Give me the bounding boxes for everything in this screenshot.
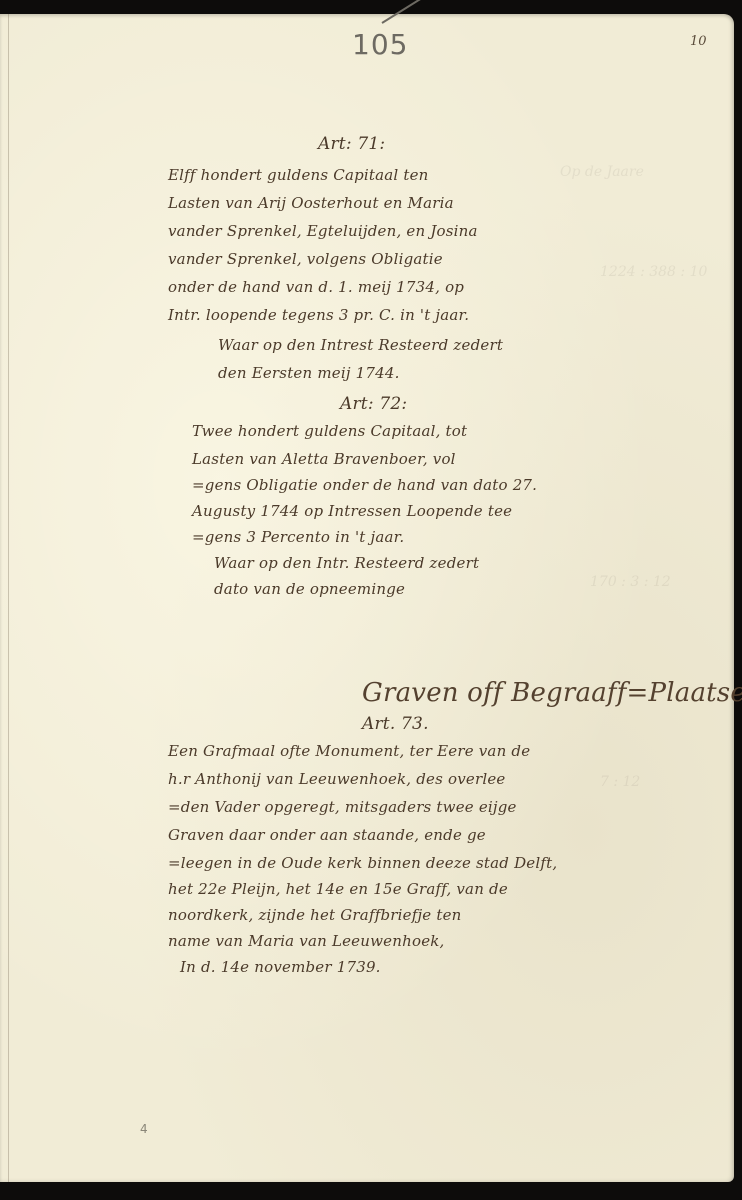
section-title: Graven off Begraaff=Plaatsen: [362, 678, 742, 708]
section-line: In d. 14e november 1739.: [180, 958, 381, 976]
entry-line: =gens 3 Percento in 't jaar.: [192, 528, 404, 546]
entry-line: =gens Obligatie onder de hand van dato 2…: [192, 476, 537, 494]
entry-line: Intr. loopende tegens 3 pr. C. in 't jaa…: [168, 306, 469, 324]
section-line: het 22e Pleijn, het 14e en 15e Graff, va…: [168, 880, 508, 898]
bleed-through: 1224 : 388 : 10: [600, 264, 707, 280]
section-line: noordkerk, zijnde het Graffbriefje ten: [168, 906, 462, 924]
entry-line: Lasten van Arij Oosterhout en Maria: [168, 194, 454, 212]
section-heading: Art. 73.: [362, 714, 429, 734]
entry-line: vander Sprenkel, Egteluijden, en Josina: [168, 222, 478, 240]
entry-line: Twee hondert guldens Capitaal, tot: [192, 422, 467, 440]
section-line: =leegen in de Oude kerk binnen deeze sta…: [168, 854, 557, 872]
bleed-through: 7 : 12: [600, 774, 640, 790]
pencil-stroke: [381, 0, 423, 24]
entry-line: vander Sprenkel, volgens Obligatie: [168, 250, 443, 268]
entry-line: Elff hondert guldens Capitaal ten: [168, 166, 429, 184]
pencil-mark: 4: [140, 1122, 148, 1136]
section-line: Graven daar onder aan staande, ende ge: [168, 826, 486, 844]
manuscript-page: Op de Jaare 1224 : 388 : 10 170 : 3 : 12…: [0, 14, 734, 1182]
section-line: h.r Anthonij van Leeuwenhoek, des overle…: [168, 770, 506, 788]
entry-line: Augusty 1744 op Intressen Loopende tee: [192, 502, 512, 520]
entry-remark: Waar op den Intr. Resteerd zedert: [214, 554, 479, 572]
binding-gutter: [8, 14, 9, 1182]
entry-line: onder de hand van d. 1. meij 1734, op: [168, 278, 464, 296]
bleed-through: Op de Jaare: [560, 164, 644, 180]
entry-heading: Art: 72:: [340, 394, 407, 414]
section-line: =den Vader opgeregt, mitsgaders twee eij…: [168, 798, 517, 816]
entry-remark: Waar op den Intrest Resteerd zedert: [218, 336, 503, 354]
entry-remark: den Eersten meij 1744.: [218, 364, 400, 382]
entry-line: Lasten van Aletta Bravenboer, vol: [192, 450, 456, 468]
bleed-through: 170 : 3 : 12: [590, 574, 671, 590]
folio-ink-number: 10: [690, 34, 707, 49]
section-line: Een Grafmaal ofte Monument, ter Eere van…: [168, 742, 530, 760]
section-line: name van Maria van Leeuwenhoek,: [168, 932, 445, 950]
entry-heading: Art: 71:: [318, 134, 385, 154]
folio-pencil-number: 105: [352, 28, 408, 61]
entry-remark: dato van de opneeminge: [214, 580, 405, 598]
